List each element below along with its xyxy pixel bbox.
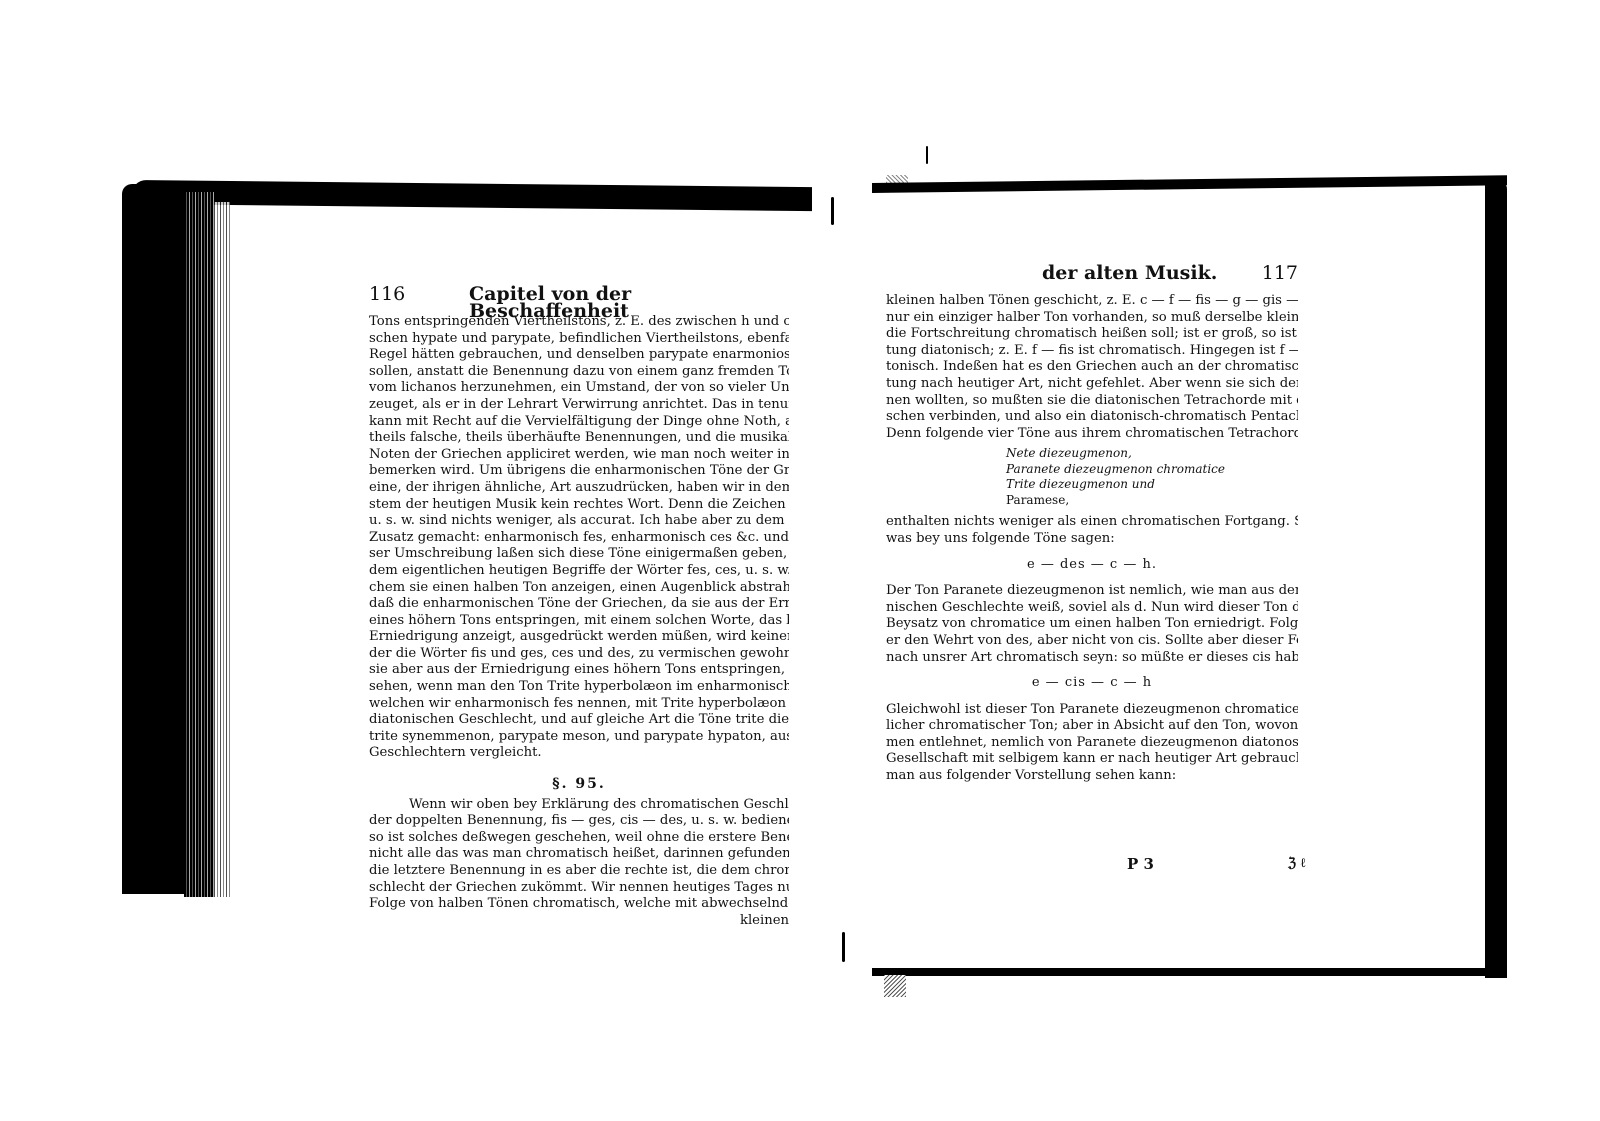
text-line: was bey uns folgende Töne sagen: — [886, 531, 1298, 548]
tone-list-item: Paranete diezeugmenon chromatice — [1006, 462, 1298, 478]
section-heading: §. 95. — [369, 776, 789, 793]
text-line: nur ein einziger halber Ton vorhanden, s… — [886, 310, 1298, 327]
page-number-left: 116 — [369, 286, 405, 303]
note-sequence-1: e — des — c — h. — [886, 557, 1298, 574]
text-line: daß die enharmonischen Töne der Griechen… — [369, 596, 789, 613]
text-line: Wenn wir oben bey Erklärung des chromati… — [369, 797, 789, 814]
text-line: die Fortschreitung chromatisch heißen so… — [886, 326, 1298, 343]
scan-smudge-bottom — [884, 975, 906, 997]
text-line: er den Wehrt von des, aber nicht von cis… — [886, 633, 1298, 650]
footer-mark: ℨ ℓ — [1288, 855, 1305, 871]
right-paragraph-2: enthalten nichts weniger als einen chrom… — [886, 514, 1298, 547]
text-line: men entlehnet, nemlich von Paranete diez… — [886, 735, 1298, 752]
catchword: kleinen — [369, 913, 789, 930]
text-line: eines höhern Tons entspringen, mit einem… — [369, 613, 789, 630]
text-line: der doppelten Benennung, fis — ges, cis … — [369, 813, 789, 830]
text-line: kleinen halben Tönen geschicht, z. E. c … — [886, 293, 1298, 310]
note-sequence-2: e — cis — c — h — [886, 675, 1298, 692]
left-page-top-edge — [132, 180, 812, 211]
text-line: tonisch. Indeßen hat es den Griechen auc… — [886, 359, 1298, 376]
text-line: chem sie einen halben Ton anzeigen, eine… — [369, 580, 789, 597]
left-page: 116 Capitel von der Beschaffenheit Tons … — [369, 286, 789, 929]
text-line: tung diatonisch; z. E. f — fis ist chrom… — [886, 343, 1298, 360]
text-line: sollen, anstatt die Benennung dazu von e… — [369, 364, 789, 381]
text-line: dem eigentlichen heutigen Begriffe der W… — [369, 563, 789, 580]
right-page: der alten Musik. 117 kleinen halben Töne… — [886, 265, 1298, 785]
text-line: Geschlechtern vergleicht. — [369, 745, 789, 762]
running-head-title-right: der alten Musik. — [1042, 265, 1217, 282]
text-line: trite synemmenon, parypate meson, und pa… — [369, 729, 789, 746]
text-line: Denn folgende vier Töne aus ihrem chroma… — [886, 426, 1298, 443]
gutter-mark-bottom — [842, 932, 845, 962]
tone-list-item: Trite diezeugmenon und — [1006, 477, 1298, 493]
tone-list-item: Paramese, — [1006, 493, 1298, 509]
text-line: Gesellschaft mit selbigem kann er nach h… — [886, 751, 1298, 768]
right-paragraph-1: kleinen halben Tönen geschicht, z. E. c … — [886, 293, 1298, 442]
text-line: der die Wörter fis und ges, ces und des,… — [369, 646, 789, 663]
text-line: Zusatz gemacht: enharmonisch fes, enharm… — [369, 530, 789, 547]
text-line: stem der heutigen Musik kein rechtes Wor… — [369, 497, 789, 514]
signature-mark: P 3 — [1127, 855, 1154, 873]
text-line: Gleichwohl ist dieser Ton Paranete dieze… — [886, 702, 1298, 719]
text-line: schlecht der Griechen zukömmt. Wir nenne… — [369, 880, 789, 897]
top-center-mark — [926, 146, 928, 164]
left-paragraph-2: Wenn wir oben bey Erklärung des chromati… — [369, 797, 789, 930]
tone-list: Nete diezeugmenon, Paranete diezeugmenon… — [1006, 446, 1298, 508]
right-page-bottom-edge — [872, 968, 1502, 976]
right-running-head: der alten Musik. 117 — [886, 265, 1298, 291]
text-line: ser Umschreibung laßen sich diese Töne e… — [369, 546, 789, 563]
text-line: vom lichanos herzunehmen, ein Umstand, d… — [369, 380, 789, 397]
text-line: bemerken wird. Um übrigens die enharmoni… — [369, 463, 789, 480]
text-line: sie aber aus der Erniedrigung eines höhe… — [369, 662, 789, 679]
text-line: schen verbinden, und also ein diatonisch… — [886, 409, 1298, 426]
right-page-top-edge — [872, 175, 1507, 193]
text-line: nischen Geschlechte weiß, soviel als d. … — [886, 600, 1298, 617]
text-line: tung nach heutiger Art, nicht gefehlet. … — [886, 376, 1298, 393]
text-line: die letztere Benennung in es aber die re… — [369, 863, 789, 880]
text-line: Beysatz von chromatice um einen halben T… — [886, 616, 1298, 633]
right-paragraph-3: Der Ton Paranete diezeugmenon ist nemlic… — [886, 583, 1298, 666]
page-stack-edge — [184, 192, 214, 897]
right-page-outer-edge — [1485, 181, 1507, 978]
text-line: diatonischen Geschlecht, und auf gleiche… — [369, 712, 789, 729]
left-running-head: 116 Capitel von der Beschaffenheit — [369, 286, 789, 312]
gutter-mark-top — [831, 197, 834, 225]
text-line: zeuget, als er in der Lehrart Verwirrung… — [369, 397, 789, 414]
text-line: Erniedrigung anzeigt, ausgedrückt werden… — [369, 629, 789, 646]
text-line: Regel hätten gebrauchen, und denselben p… — [369, 347, 789, 364]
page-number-right: 117 — [1262, 265, 1298, 282]
text-line: enthalten nichts weniger als einen chrom… — [886, 514, 1298, 531]
text-line: sehen, wenn man den Ton Trite hyperbolæo… — [369, 679, 789, 696]
text-line: Folge von halben Tönen chromatisch, welc… — [369, 896, 789, 913]
text-line: kann mit Recht auf die Vervielfältigung … — [369, 414, 789, 431]
tone-list-item: Nete diezeugmenon, — [1006, 446, 1298, 462]
page-stack-edge-inner — [214, 202, 230, 897]
left-paragraph-1: Tons entspringenden Viertheilstons, z. E… — [369, 314, 789, 762]
text-line: schen hypate und parypate, befindlichen … — [369, 331, 789, 348]
text-line: nicht alle das was man chromatisch heiße… — [369, 846, 789, 863]
text-line: theils falsche, theils überhäufte Benenn… — [369, 430, 789, 447]
running-head-title-left: Capitel von der Beschaffenheit — [469, 286, 789, 319]
text-line: welchen wir enharmonisch fes nennen, mit… — [369, 696, 789, 713]
text-line: u. s. w. sind nichts weniger, als accura… — [369, 513, 789, 530]
text-line: Der Ton Paranete diezeugmenon ist nemlic… — [886, 583, 1298, 600]
text-line: Noten der Griechen appliciret werden, wi… — [369, 447, 789, 464]
text-line: man aus folgender Vorstellung sehen kann… — [886, 768, 1298, 785]
text-line: nach unsrer Art chromatisch seyn: so müß… — [886, 650, 1298, 667]
text-line: nen wollten, so mußten sie die diatonisc… — [886, 393, 1298, 410]
text-line: so ist solches deßwegen geschehen, weil … — [369, 830, 789, 847]
right-paragraph-4: Gleichwohl ist dieser Ton Paranete dieze… — [886, 702, 1298, 785]
book-spine-shadow — [122, 184, 184, 894]
text-line: eine, der ihrigen ähnliche, Art auszudrü… — [369, 480, 789, 497]
text-line: licher chromatischer Ton; aber in Absich… — [886, 718, 1298, 735]
